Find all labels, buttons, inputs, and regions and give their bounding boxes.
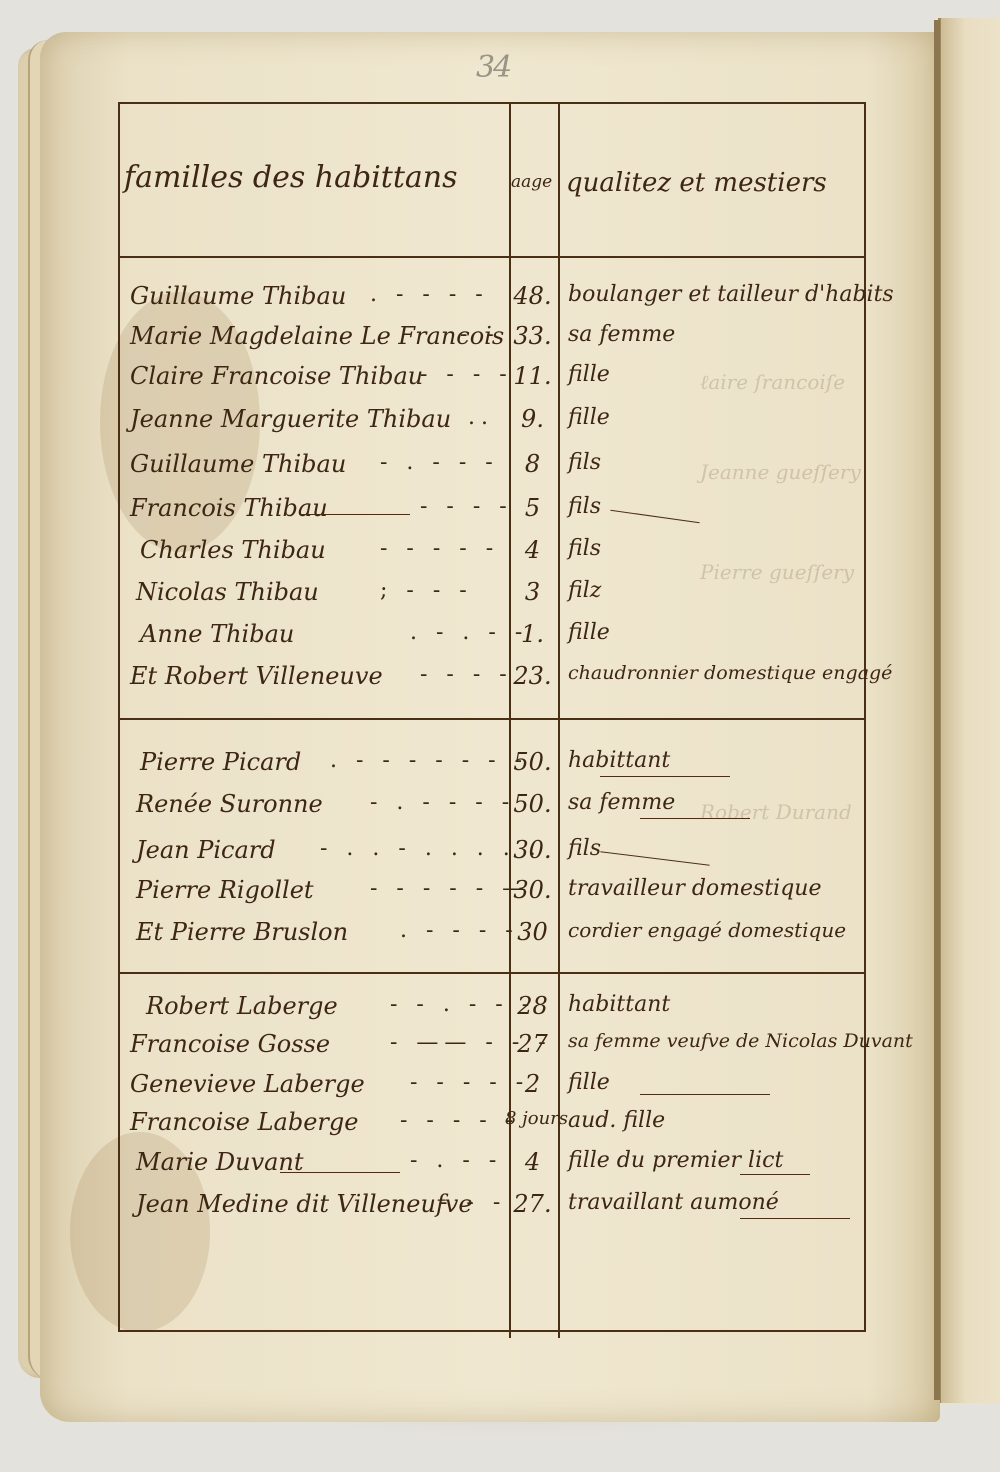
leader-dots: - - - - - bbox=[400, 1108, 519, 1133]
table-row: Francoise Laberge - - - - - 8 jours aud.… bbox=[0, 1108, 1000, 1148]
resident-age: 4 bbox=[505, 536, 560, 564]
resident-name: Nicolas Thibau bbox=[136, 578, 319, 606]
resident-age: 5 bbox=[505, 494, 560, 522]
table-row: Guillaume Thibau - . - - - 8 fils bbox=[0, 450, 1000, 490]
resident-quality: boulanger et tailleur d'habits bbox=[568, 282, 894, 307]
leader-dots: . - - - - bbox=[400, 918, 519, 943]
leader-dots: - . - - - - bbox=[370, 790, 515, 815]
table-row: Charles Thibau - - - - - 4 fils bbox=[0, 536, 1000, 576]
leader-dots: . - - - - bbox=[370, 282, 489, 307]
table-row: Genevieve Laberge - - - - - 2 fille bbox=[0, 1070, 1000, 1110]
table-row: Pierre Rigollet - - - - - — 30. travaill… bbox=[0, 876, 1000, 916]
table-row: Renée Suronne - . - - - - 50. sa femme bbox=[0, 790, 1000, 830]
resident-age: 2 bbox=[505, 1070, 560, 1098]
leader-dots: ; - - - bbox=[380, 578, 473, 603]
resident-name: Et Robert Villeneuve bbox=[130, 662, 383, 690]
family-divider bbox=[118, 972, 864, 974]
resident-age: 9. bbox=[505, 405, 560, 433]
resident-name: Et Pierre Bruslon bbox=[136, 918, 348, 946]
resident-age: 48. bbox=[505, 282, 560, 310]
table-row: Francoise Gosse - —— - - - 27 sa femme v… bbox=[0, 1030, 1000, 1070]
quality-underline bbox=[640, 818, 750, 819]
table-row: Robert Laberge - - . - - - 28 habittant bbox=[0, 992, 1000, 1032]
table-row: Nicolas Thibau ; - - - 3 filz bbox=[0, 578, 1000, 618]
page-number: 34 bbox=[476, 50, 510, 85]
name-underline bbox=[280, 1172, 400, 1173]
resident-name: Pierre Picard bbox=[140, 748, 301, 776]
resident-age: 30. bbox=[505, 876, 560, 904]
header-rule bbox=[118, 256, 864, 258]
resident-age: 30 bbox=[505, 918, 560, 946]
leader-dots: - . - - - bbox=[380, 450, 499, 475]
quality-underline bbox=[640, 1094, 770, 1095]
resident-name: Robert Laberge bbox=[146, 992, 338, 1020]
resident-age: 30. bbox=[505, 836, 560, 864]
family-divider bbox=[118, 718, 864, 720]
resident-quality: cordier engagé domestique bbox=[568, 918, 846, 942]
table-row: Jean Picard - . . - . . . . . 30. fils bbox=[0, 836, 1000, 876]
resident-quality: travaillant aumoné bbox=[568, 1190, 779, 1215]
column-header-age: aage bbox=[511, 172, 552, 192]
table-row: Pierre Picard . - - - - - - - 50. habitt… bbox=[0, 748, 1000, 788]
table-row: Jean Medine dit Villeneufve - - - 27. tr… bbox=[0, 1190, 1000, 1230]
leader-dots: . - - - - - - - bbox=[330, 748, 528, 773]
resident-quality: fille bbox=[568, 405, 610, 430]
column-header-quality: qualitez et mestiers bbox=[566, 168, 827, 198]
resident-quality: travailleur domestique bbox=[568, 876, 821, 901]
resident-age: 3 bbox=[505, 578, 560, 606]
resident-name: Pierre Rigollet bbox=[136, 876, 314, 904]
table-row: Francois Thibau - - - - 5 fils bbox=[0, 494, 1000, 534]
resident-name: Renée Suronne bbox=[136, 790, 323, 818]
resident-age: 11. bbox=[505, 362, 560, 390]
resident-age: 4 bbox=[505, 1148, 560, 1176]
leader-dots: - - - - bbox=[420, 362, 513, 387]
resident-quality: sa femme veufve de Nicolas Duvant bbox=[568, 1030, 913, 1052]
resident-name: Genevieve Laberge bbox=[130, 1070, 365, 1098]
table-row: Et Pierre Bruslon . - - - - 30 cordier e… bbox=[0, 918, 1000, 958]
resident-name: Jeanne Marguerite Thibau bbox=[130, 405, 451, 433]
resident-quality: chaudronnier domestique engagé bbox=[568, 662, 892, 684]
table-row: Anne Thibau . - . - - 1. fille bbox=[0, 620, 1000, 660]
resident-name: Claire Francoise Thibau bbox=[130, 362, 423, 390]
resident-quality: sa femme bbox=[568, 790, 675, 815]
resident-name: Marie Magdelaine Le Francois bbox=[130, 322, 504, 350]
leader-dots: - . - - bbox=[410, 1148, 502, 1173]
resident-name: Jean Picard bbox=[136, 836, 276, 864]
resident-quality: fille bbox=[568, 1070, 610, 1095]
resident-quality: fille bbox=[568, 362, 610, 387]
table-row: Marie Magdelaine Le Francois - - 33. sa … bbox=[0, 322, 1000, 362]
table-row: Jeanne Marguerite Thibau .. 9. fille bbox=[0, 405, 1000, 445]
resident-quality: fils bbox=[568, 494, 601, 519]
quality-flourish bbox=[610, 510, 699, 524]
leader-dots: .. bbox=[468, 405, 494, 430]
resident-age: 33. bbox=[505, 322, 560, 350]
resident-name: Guillaume Thibau bbox=[130, 282, 346, 310]
resident-quality: habittant bbox=[568, 992, 670, 1017]
resident-quality: fils bbox=[568, 536, 601, 561]
resident-quality: habittant bbox=[568, 748, 670, 773]
table-row: Claire Francoise Thibau - - - - 11. fill… bbox=[0, 362, 1000, 402]
leader-dots: - - - - - bbox=[380, 536, 499, 561]
leader-dots: - - - bbox=[440, 1190, 506, 1215]
resident-quality: fils bbox=[568, 836, 601, 861]
resident-name: Guillaume Thibau bbox=[130, 450, 346, 478]
resident-name: Francois Thibau bbox=[130, 494, 328, 522]
table-row: Et Robert Villeneuve - - - - 23. chaudro… bbox=[0, 662, 1000, 702]
resident-name: Charles Thibau bbox=[140, 536, 326, 564]
quality-underline bbox=[740, 1174, 810, 1175]
resident-age: 8 jours bbox=[505, 1108, 560, 1129]
resident-age: 28 bbox=[505, 992, 560, 1020]
table-row: Marie Duvant - . - - 4 fille du premier … bbox=[0, 1148, 1000, 1188]
resident-quality: filz bbox=[568, 578, 601, 603]
resident-age: 27. bbox=[505, 1190, 560, 1218]
resident-age: 50. bbox=[505, 748, 560, 776]
resident-quality: fille du premier lict bbox=[568, 1148, 783, 1173]
resident-name: Anne Thibau bbox=[140, 620, 294, 648]
leader-dots: - - bbox=[460, 322, 500, 347]
resident-age: 23. bbox=[505, 662, 560, 690]
resident-name: Francoise Gosse bbox=[130, 1030, 330, 1058]
resident-quality: fille bbox=[568, 620, 610, 645]
resident-quality: fils bbox=[568, 450, 601, 475]
quality-underline bbox=[600, 776, 730, 777]
resident-name: Jean Medine dit Villeneufve bbox=[136, 1190, 473, 1218]
name-underline bbox=[300, 514, 410, 515]
quality-underline bbox=[740, 1218, 850, 1219]
resident-name: Marie Duvant bbox=[136, 1148, 304, 1176]
table-row: Guillaume Thibau . - - - - 48. boulanger… bbox=[0, 282, 1000, 322]
resident-quality: sa femme bbox=[568, 322, 675, 347]
column-header-families: familles des habittans bbox=[124, 160, 458, 195]
resident-quality: aud. fille bbox=[568, 1108, 665, 1133]
leader-dots: - - - - bbox=[420, 494, 513, 519]
resident-age: 8 bbox=[505, 450, 560, 478]
resident-age: 27 bbox=[505, 1030, 560, 1058]
resident-age: 1. bbox=[505, 620, 560, 648]
resident-name: Francoise Laberge bbox=[130, 1108, 358, 1136]
quality-flourish bbox=[600, 851, 709, 865]
leader-dots: - - - - bbox=[420, 662, 513, 687]
resident-age: 50. bbox=[505, 790, 560, 818]
